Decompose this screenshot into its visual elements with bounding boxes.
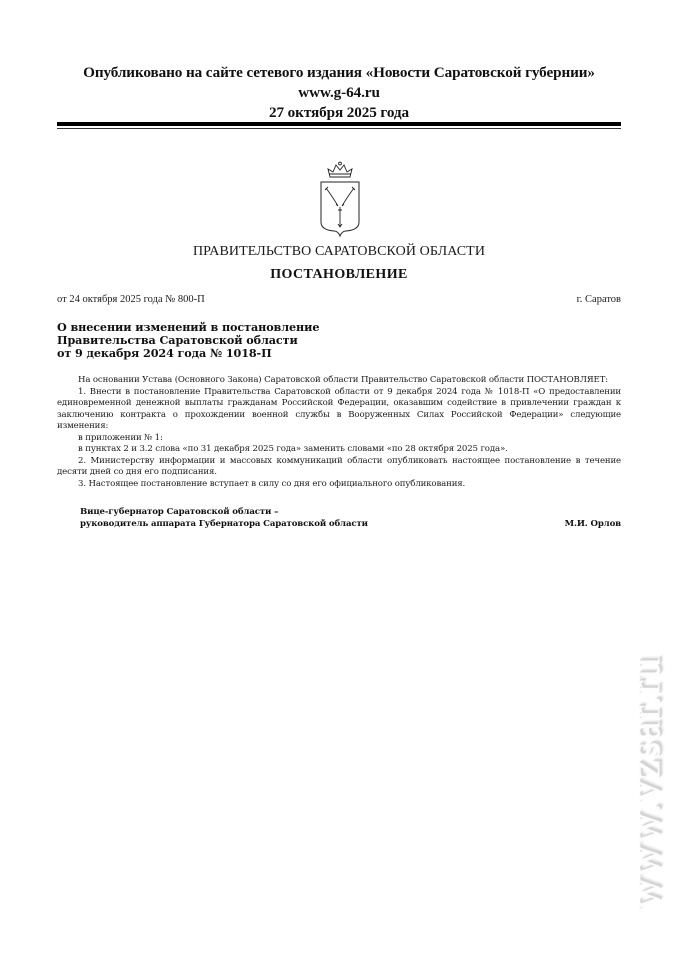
signatory-name: М.И. Орлов [565, 519, 621, 531]
paragraph-item-2: 2. Министерству информации и массовых ко… [57, 456, 621, 479]
saratov-coat-of-arms-icon [316, 160, 364, 238]
publication-site: www.g-64.ru [57, 83, 621, 103]
subject-line: от 9 декабря 2024 года № 1018-П [57, 347, 357, 360]
watermark-text: www.vzsar.ru [620, 656, 671, 910]
document-body: На основании Устава (Основного Закона) С… [57, 375, 621, 490]
document-type: ПОСТАНОВЛЕНИЕ [57, 267, 621, 283]
signature-block: Вице-губернатор Саратовской области – ру… [80, 507, 621, 530]
signatory-position: руководитель аппарата Губернатора Сарато… [80, 519, 621, 531]
issuer-title: ПРАВИТЕЛЬСТВО САРАТОВСКОЙ ОБЛАСТИ [57, 244, 621, 260]
publication-header: Опубликовано на сайте сетевого издания «… [57, 63, 621, 123]
paragraph-item-1-sub-b: в пунктах 2 и 3.2 слова «по 31 декабря 2… [57, 444, 621, 456]
header-divider-thin [57, 128, 621, 129]
paragraph-item-1-sub-a: в приложении № 1: [57, 433, 621, 445]
paragraph-preamble: На основании Устава (Основного Закона) С… [57, 375, 621, 387]
document-subject: О внесении изменений в постановление Пра… [57, 321, 357, 360]
header-divider-thick [57, 122, 621, 126]
document-city: г. Саратов [577, 294, 621, 305]
publication-date: 27 октября 2025 года [57, 103, 621, 123]
paragraph-item-1: 1. Внести в постановление Правительства … [57, 387, 621, 433]
document-date-number: от 24 октября 2025 года № 800-П [57, 294, 205, 305]
paragraph-item-3: 3. Настоящее постановление вступает в си… [57, 479, 621, 491]
signatory-position: Вице-губернатор Саратовской области – [80, 507, 621, 519]
publication-notice: Опубликовано на сайте сетевого издания «… [57, 63, 621, 83]
